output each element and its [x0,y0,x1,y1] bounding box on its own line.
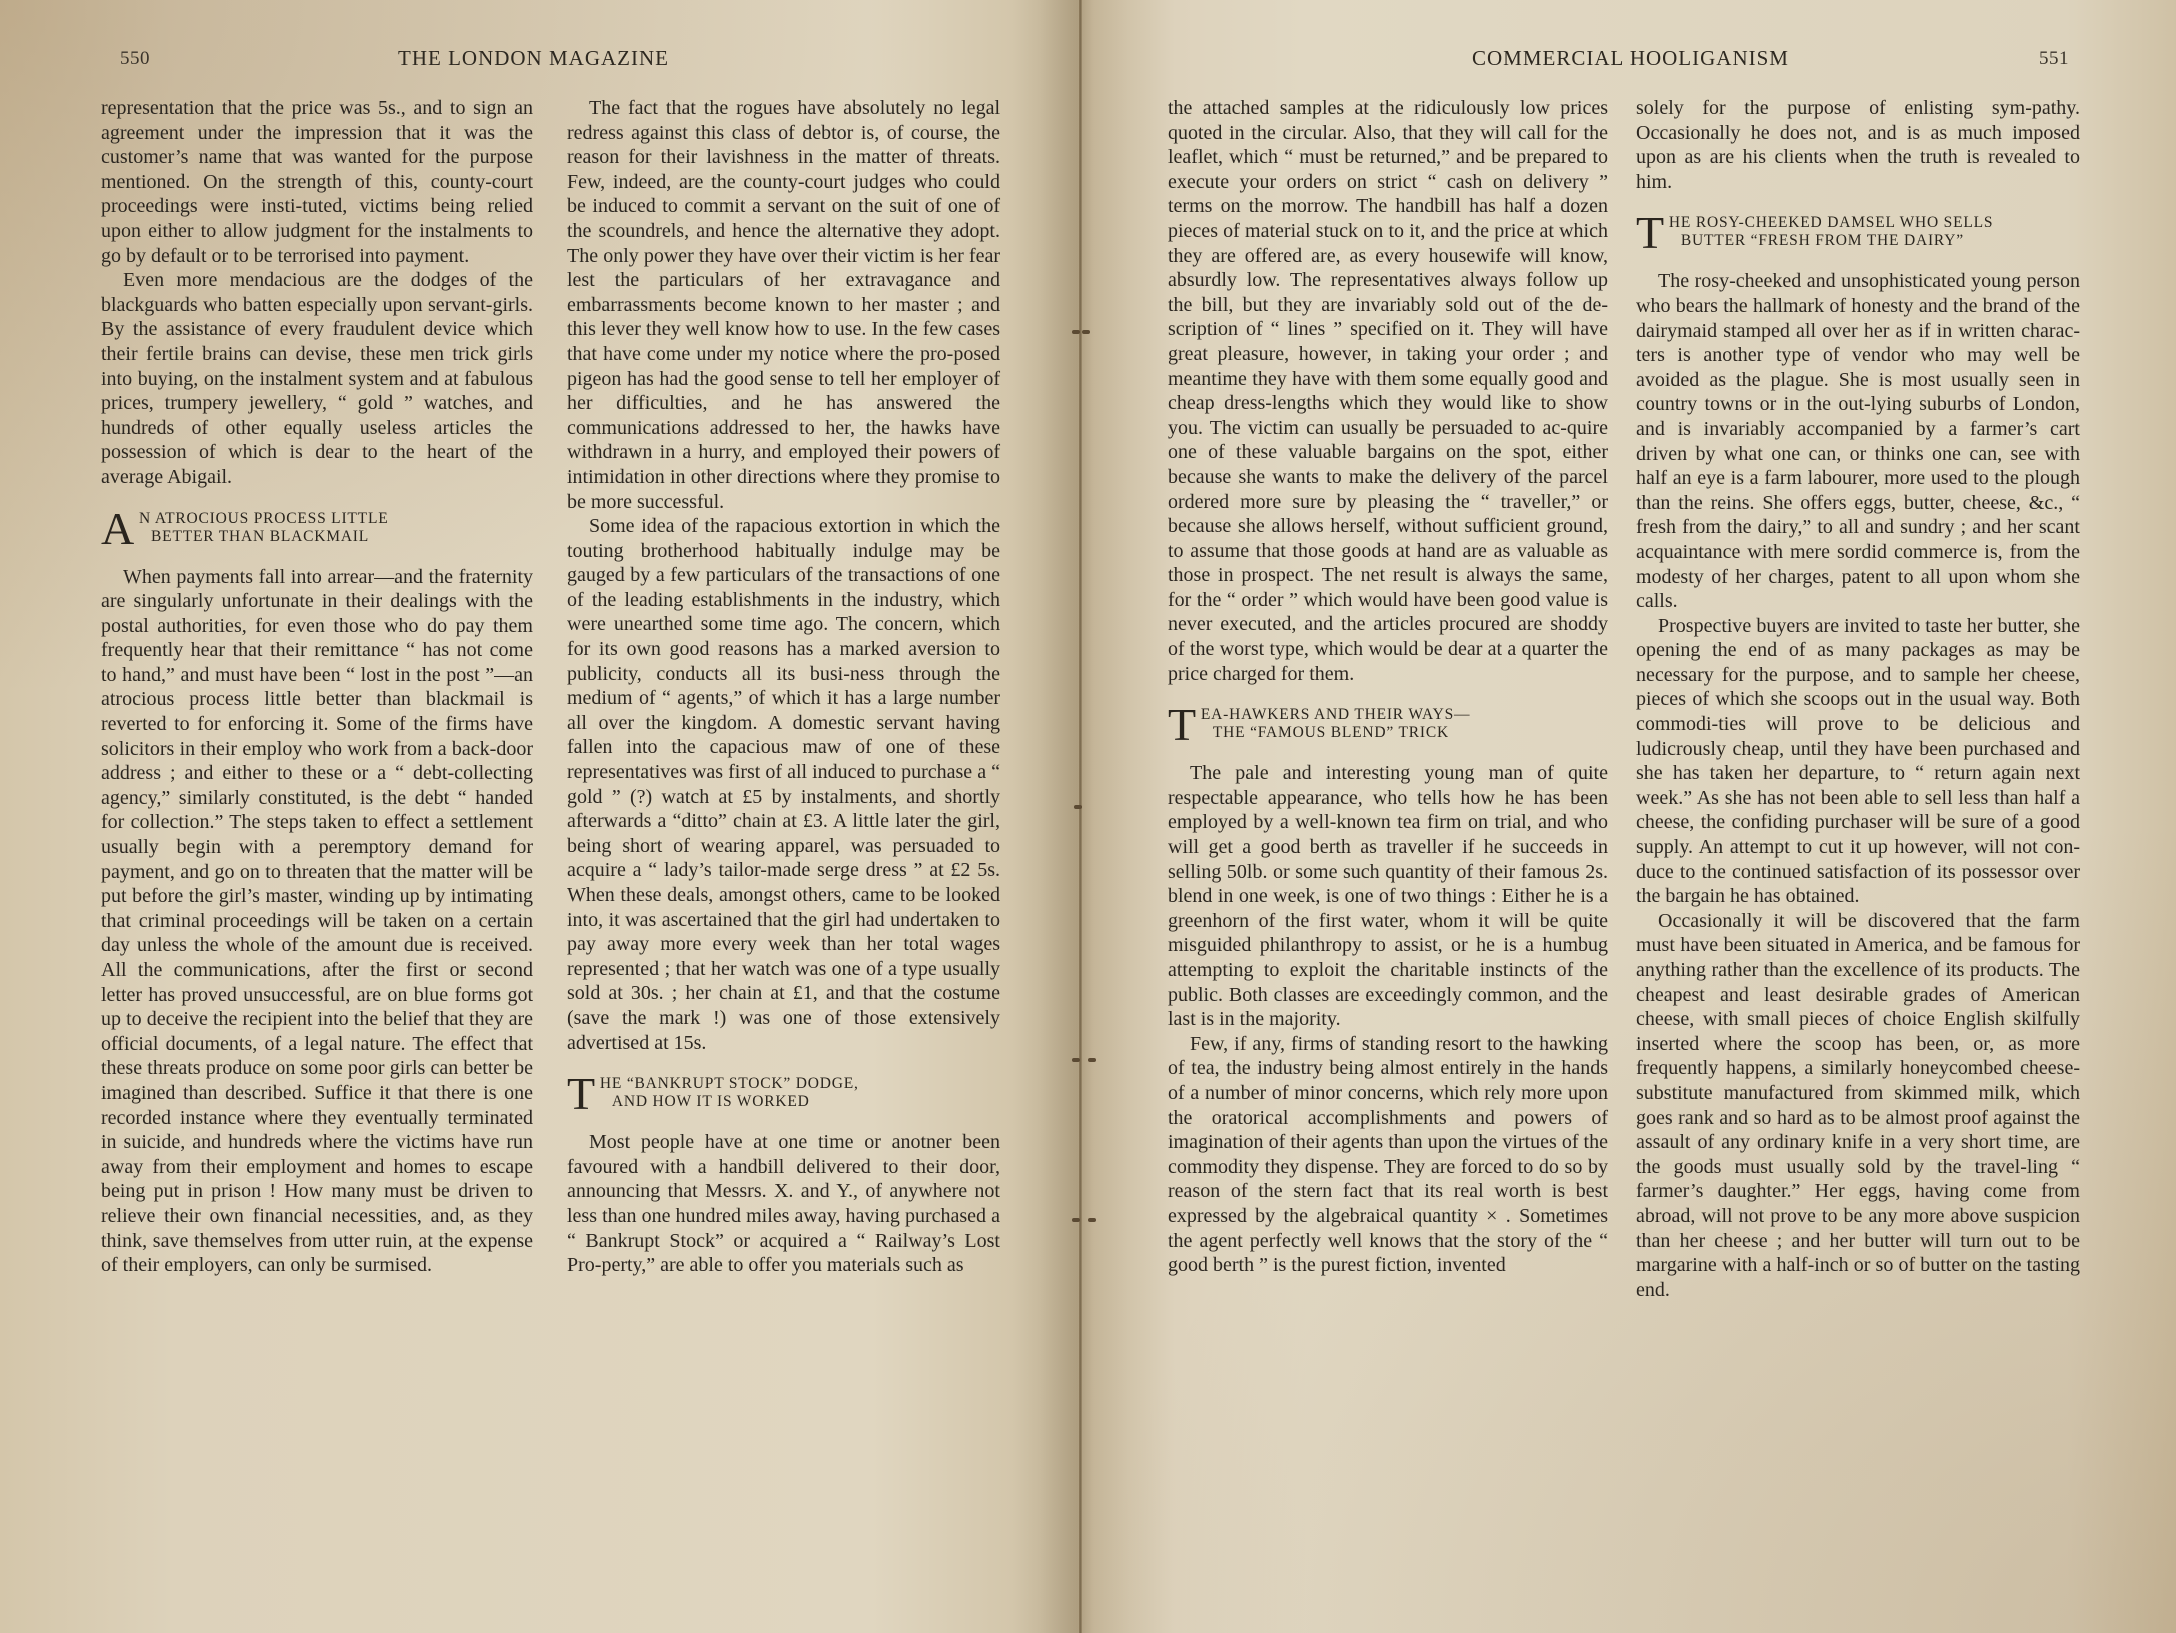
section-heading: T EA-HAWKERS AND THEIR WAYS— THE “FAMOUS… [1168,706,1608,743]
drop-cap: T [567,1076,596,1112]
left-page: 550 THE LONDON MAGAZINE representation t… [0,0,1080,1633]
right-page: COMMERCIAL HOOLIGANISM 551 the attached … [1080,0,2176,1633]
section-heading: T HE ROSY-CHEEKED DAMSEL WHO SELLS BUTTE… [1636,214,2080,251]
heading-line-1: EA-HAWKERS AND THEIR WAYS— [1201,706,1470,723]
column-1: representation that the price was 5s., a… [101,96,533,1278]
column-4: solely for the purpose of enlisting sym-… [1636,96,2080,1302]
section-heading: A N ATROCIOUS PROCESS LITTLE BETTER THAN… [101,510,533,547]
paragraph: The fact that the rogues have absolutely… [567,96,1000,514]
paragraph: Occasionally it will be discovered that … [1636,909,2080,1303]
paragraph: When payments fall into arrear—and the f… [101,565,533,1278]
column-2: The fact that the rogues have absolutely… [567,96,1000,1278]
paragraph: the attached samples at the ridiculously… [1168,96,1608,686]
heading-line-1: HE ROSY-CHEEKED DAMSEL WHO SELLS [1669,214,1993,231]
paragraph: Even more mendacious are the dodges of t… [101,268,533,489]
drop-cap: A [101,511,135,547]
heading-line-1: N ATROCIOUS PROCESS LITTLE [139,510,388,527]
heading-line-2: THE “FAMOUS BLEND” TRICK [1201,724,1470,742]
paragraph: The pale and interesting young man of qu… [1168,761,1608,1032]
heading-line-2: AND HOW IT IS WORKED [600,1093,859,1111]
paragraph: Most people have at one time or anotner … [567,1130,1000,1278]
paragraph: representation that the price was 5s., a… [101,96,533,268]
heading-line-2: BUTTER “FRESH FROM THE DAIRY” [1669,232,1993,250]
heading-line-2: BETTER THAN BLACKMAIL [139,528,388,546]
paragraph: Some idea of the rapacious extortion in … [567,514,1000,1055]
running-head: COMMERCIAL HOOLIGANISM [1472,46,1789,71]
paragraph: Few, if any, firms of standing resort to… [1168,1032,1608,1278]
running-head: THE LONDON MAGAZINE [398,46,669,71]
column-3: the attached samples at the ridiculously… [1168,96,1608,1278]
page-number: 550 [120,48,150,70]
page-number: 551 [2039,48,2069,70]
drop-cap: T [1168,707,1197,743]
paragraph: solely for the purpose of enlisting sym-… [1636,96,2080,194]
paragraph: Prospective buyers are invited to taste … [1636,614,2080,909]
drop-cap: T [1636,215,1665,251]
paragraph: The rosy-cheeked and unsophisticated you… [1636,269,2080,613]
book-spread: 550 THE LONDON MAGAZINE representation t… [0,0,2176,1633]
section-heading: T HE “BANKRUPT STOCK” DODGE, AND HOW IT … [567,1075,1000,1112]
heading-line-1: HE “BANKRUPT STOCK” DODGE, [600,1075,859,1092]
